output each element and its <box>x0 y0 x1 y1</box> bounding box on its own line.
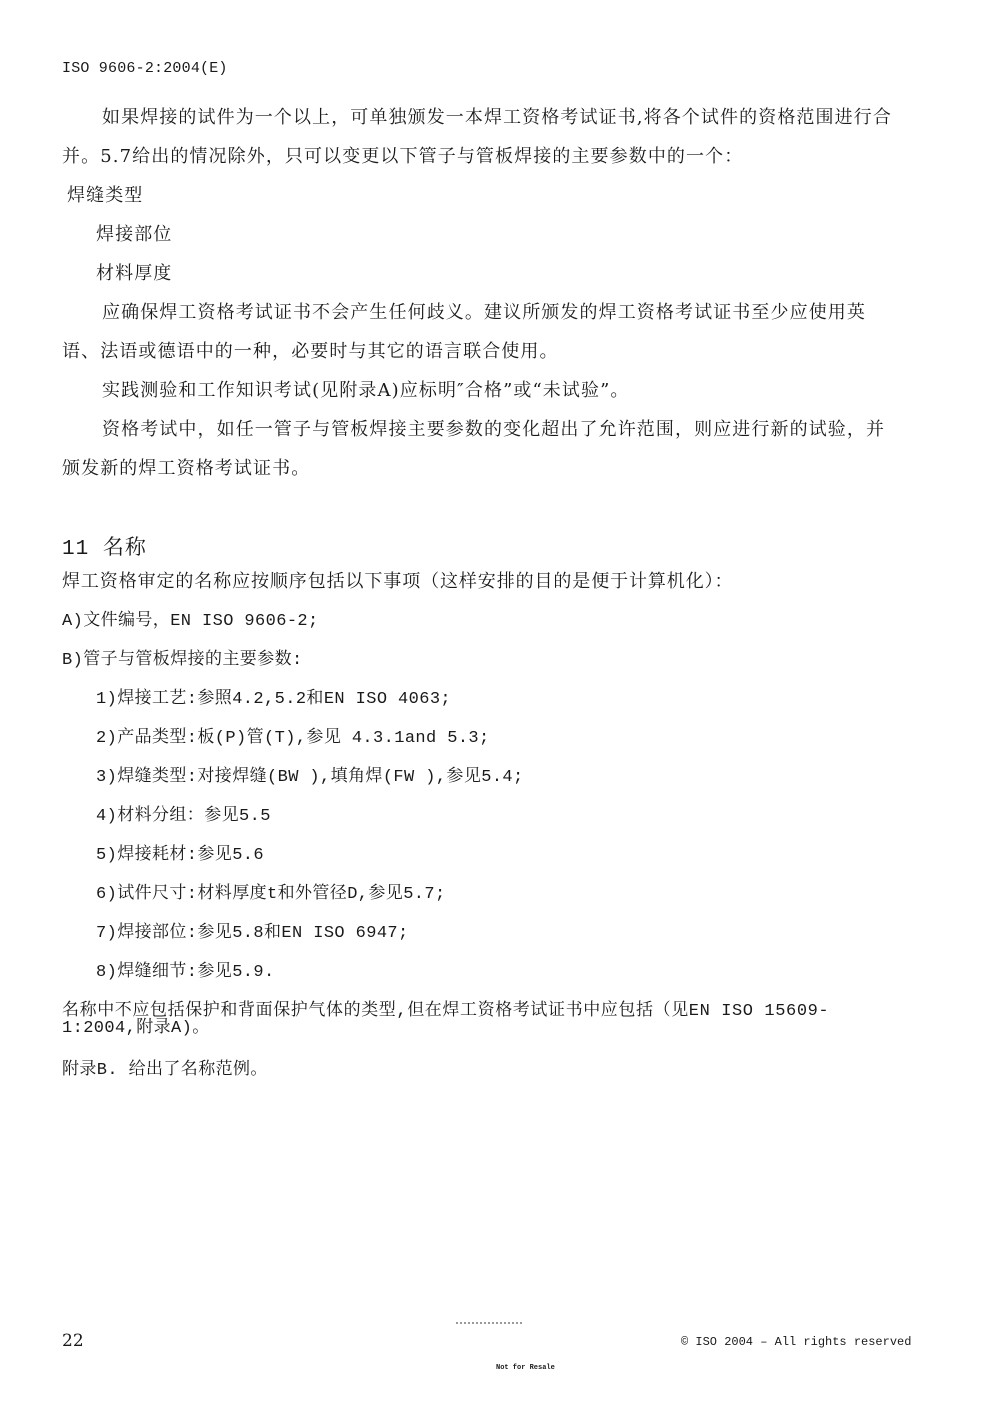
param-weld-details: 8)焊缝细节:参见5.9. <box>96 963 275 983</box>
paragraph-test-marking: 实践测验和工作知识考试(见附录A)应标明″合格”或“未试验”。 <box>102 381 629 401</box>
footer-dotted-mark <box>456 1322 522 1327</box>
section-number: 11 <box>62 538 89 561</box>
item-a-document-number: A)文件编号，EN ISO 9606-2; <box>62 612 319 632</box>
paragraph-new-test-line1: 资格考试中，如任一管子与管板焊接主要参数的变化超出了允许范围，则应进行新的试验，… <box>102 420 885 440</box>
paragraph-multiple-test-pieces-line2: 并。5.7给出的情况除外，只可以变更以下管子与管板焊接的主要参数中的一个： <box>62 147 743 167</box>
paragraph-multiple-test-pieces-line1: 如果焊接的试件为一个以上，可单独颁发一本焊工资格考试证书,将各个试件的资格范围进… <box>102 108 892 128</box>
annex-b-reference: 附录B. 给出了名称范例。 <box>62 1061 268 1081</box>
param-weld-type: 3)焊缝类型:对接焊缝(BW ),填角焊(FW ),参见5.4; <box>96 768 524 788</box>
copyright-notice: © ISO 2004 – All rights reserved <box>681 1335 911 1349</box>
section-title: 名称 <box>103 535 147 559</box>
variable-item-material-thickness: 材料厚度 <box>96 264 172 284</box>
paragraph-certificate-language-line1: 应确保焊工资格考试证书不会产生任何歧义。建议所颁发的焊工资格考试证书至少应使用英 <box>102 303 866 323</box>
note-shielding-gas-line2: 1:2004,附录A)。 <box>62 1019 210 1039</box>
document-id-header: ISO 9606-2:2004(E) <box>62 60 228 77</box>
param-test-piece-dimensions: 6)试件尺寸:材料厚度t和外管径D,参见5.7; <box>96 885 446 905</box>
section-intro: 焊工资格审定的名称应按顺序包括以下事项（这样安排的目的是便于计算机化）： <box>62 572 733 592</box>
section-heading: 11 名称 <box>62 531 147 561</box>
paragraph-certificate-language-line2: 语、法语或德语中的一种，必要时与其它的语言联合使用。 <box>62 342 559 362</box>
page-number: 22 <box>62 1331 84 1351</box>
not-for-resale-notice: Not for Resale <box>496 1364 555 1372</box>
variable-item-welding-position: 焊接部位 <box>96 225 172 245</box>
variable-item-weld-type: 焊缝类型 <box>67 186 143 206</box>
param-welding-process: 1)焊接工艺:参照4.2,5.2和EN ISO 4063; <box>96 690 451 710</box>
param-material-group: 4)材料分组：参见5.5 <box>96 807 271 827</box>
param-product-type: 2)产品类型:板(P)管(T),参见 4.3.1and 5.3; <box>96 729 490 749</box>
paragraph-new-test-line2: 颁发新的焊工资格考试证书。 <box>62 459 310 479</box>
param-welding-position: 7)焊接部位:参见5.8和EN ISO 6947; <box>96 924 409 944</box>
param-welding-consumables: 5)焊接耗材:参见5.6 <box>96 846 264 866</box>
item-b-essential-variables: B)管子与管板焊接的主要参数: <box>62 651 303 671</box>
